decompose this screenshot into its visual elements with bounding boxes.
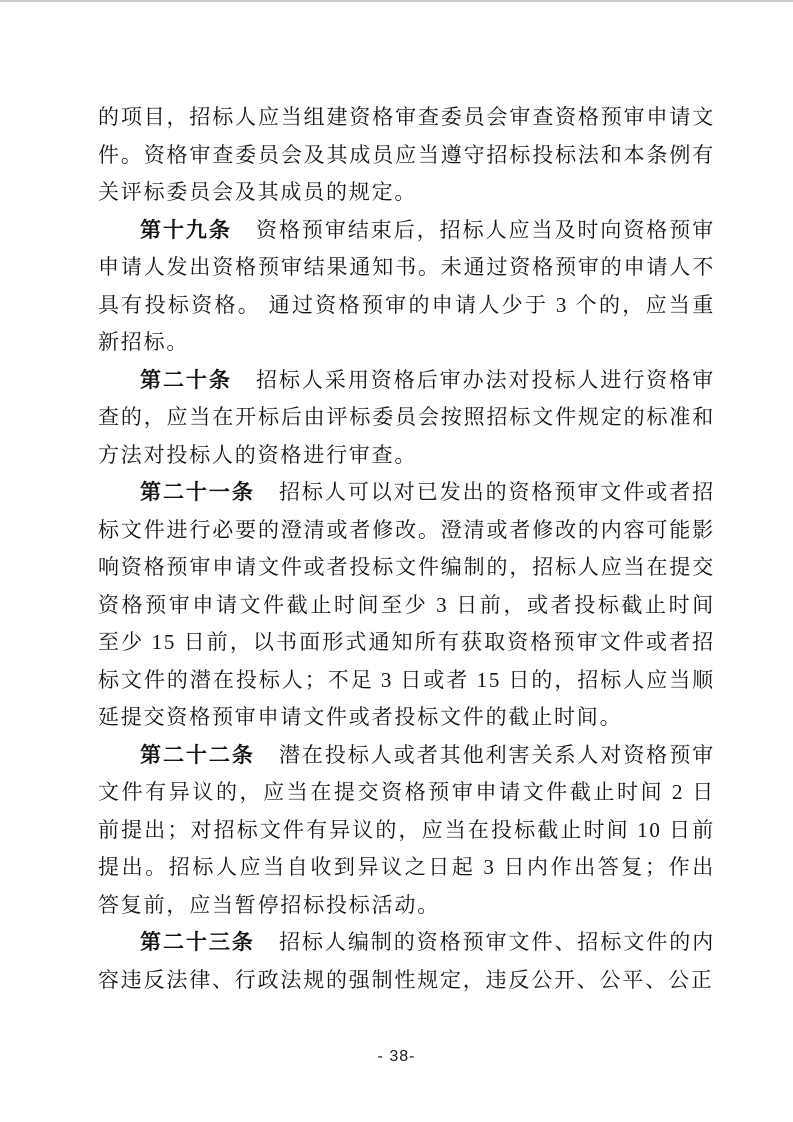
- page-number: - 38-: [0, 1048, 793, 1066]
- article-number-label: 第二十二条: [140, 743, 255, 767]
- article-paragraph: 第二十三条招标人编制的资格预审文件、招标文件的内容违反法律、行政法规的强制性规定…: [98, 924, 715, 999]
- article-number-label: 第二十条: [140, 368, 232, 392]
- article-number-label: 第十九条: [140, 218, 232, 242]
- continuation-paragraph: 的项目，招标人应当组建资格审查委员会审查资格预审申请文件。资格审查委员会及其成员…: [98, 99, 715, 212]
- article-paragraph: 第二十条招标人采用资格后审办法对投标人进行资格审查的，应当在开标后由评标委员会按…: [98, 362, 715, 475]
- article-paragraph: 第二十一条招标人可以对已发出的资格预审文件或者招标文件进行必要的澄清或者修改。澄…: [98, 474, 715, 737]
- page-top-edge-line: [0, 0, 793, 2]
- document-page: 的项目，招标人应当组建资格审查委员会审查资格预审申请文件。资格审查委员会及其成员…: [0, 0, 793, 1122]
- article-paragraph: 第十九条资格预审结束后，招标人应当及时向资格预审申请人发出资格预审结果通知书。未…: [98, 212, 715, 362]
- article-number-label: 第二十一条: [140, 480, 255, 504]
- article-paragraph: 第二十二条潜在投标人或者其他利害关系人对资格预审文件有异议的，应当在提交资格预审…: [98, 737, 715, 925]
- article-number-label: 第二十三条: [140, 930, 255, 954]
- document-body: 的项目，招标人应当组建资格审查委员会审查资格预审申请文件。资格审查委员会及其成员…: [98, 99, 715, 999]
